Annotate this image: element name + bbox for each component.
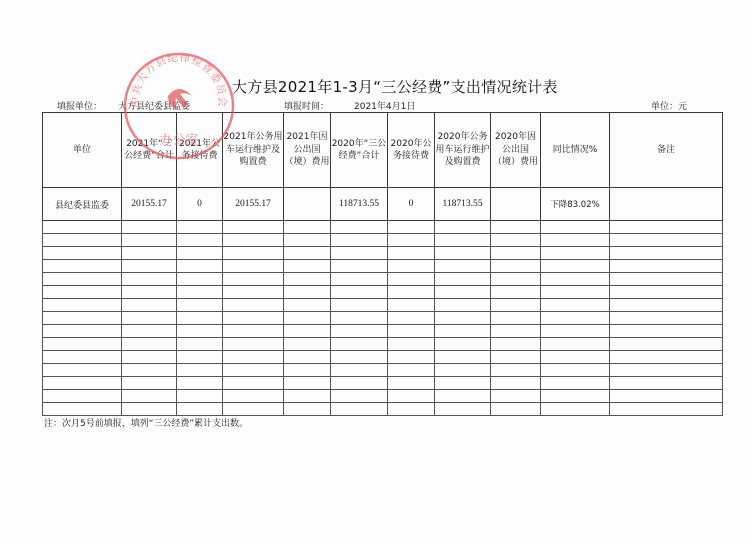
cell-vehicle-2021: 20155.17 <box>223 188 284 221</box>
table-cell-empty <box>541 260 610 273</box>
table-cell-empty <box>122 221 177 234</box>
table-cell-empty <box>388 364 435 377</box>
table-cell-empty <box>223 325 284 338</box>
table-cell-empty <box>435 273 491 286</box>
table-cell-empty <box>388 312 435 325</box>
table-cell-empty <box>284 221 331 234</box>
table-cell-empty <box>43 286 122 299</box>
table-cell-empty <box>122 299 177 312</box>
table-cell-empty <box>43 260 122 273</box>
table-row-empty <box>43 377 723 390</box>
table-cell-empty <box>491 364 541 377</box>
table-cell-empty <box>122 351 177 364</box>
table-cell-empty <box>223 364 284 377</box>
table-cell-empty <box>388 325 435 338</box>
table-cell-empty <box>388 260 435 273</box>
table-row-empty <box>43 351 723 364</box>
table-cell-empty <box>284 286 331 299</box>
table-row-empty <box>43 234 723 247</box>
cell-abroad-2021 <box>284 188 331 221</box>
table-cell-empty <box>388 286 435 299</box>
table-cell-empty <box>223 351 284 364</box>
table-cell-empty <box>223 234 284 247</box>
cell-reception-2021: 0 <box>177 188 223 221</box>
table-cell-empty <box>331 364 388 377</box>
table-cell-empty <box>331 260 388 273</box>
table-cell-empty <box>541 299 610 312</box>
table-cell-empty <box>122 260 177 273</box>
table-cell-empty <box>610 286 723 299</box>
table-cell-empty <box>43 403 122 416</box>
table-cell-empty <box>541 234 610 247</box>
table-cell-empty <box>43 390 122 403</box>
table-cell-empty <box>122 377 177 390</box>
table-cell-empty <box>177 260 223 273</box>
table-cell-empty <box>223 390 284 403</box>
table-cell-empty <box>43 273 122 286</box>
table-row-empty <box>43 338 723 351</box>
header-abroad-2021: 2021年因公出国（境）费用 <box>284 113 331 188</box>
header-total-2020: 2020年“三公经费”合计 <box>331 113 388 188</box>
table-cell-empty <box>177 247 223 260</box>
cell-total-2020: 118713.55 <box>331 188 388 221</box>
reporting-unit-label: 填报单位： <box>57 99 102 112</box>
table-cell-empty <box>331 390 388 403</box>
table-cell-empty <box>284 273 331 286</box>
page-title: 大方县2021年1-3月“三公经费”支出情况统计表 <box>232 76 558 97</box>
table-cell-empty <box>284 299 331 312</box>
table-cell-empty <box>541 221 610 234</box>
header-unit: 单位 <box>43 113 122 188</box>
table-cell-empty <box>435 247 491 260</box>
table-header-row: 单位 2021年“三公经费”合计 2021年公务接待费 2021年公务用车运行维… <box>43 113 723 188</box>
table-row-empty <box>43 221 723 234</box>
table-cell-empty <box>541 338 610 351</box>
table-cell-empty <box>122 364 177 377</box>
table-cell-empty <box>284 403 331 416</box>
table-cell-empty <box>541 312 610 325</box>
table-cell-empty <box>223 403 284 416</box>
table-cell-empty <box>610 312 723 325</box>
table-cell-empty <box>491 247 541 260</box>
table-cell-empty <box>435 390 491 403</box>
table-cell-empty <box>223 338 284 351</box>
table-cell-empty <box>284 351 331 364</box>
table-cell-empty <box>43 247 122 260</box>
table-cell-empty <box>541 247 610 260</box>
table-cell-empty <box>541 351 610 364</box>
table-cell-empty <box>491 325 541 338</box>
table-row-empty <box>43 403 723 416</box>
table-cell-empty <box>177 377 223 390</box>
table-cell-empty <box>435 234 491 247</box>
table-cell-empty <box>177 390 223 403</box>
header-reception-2020: 2020年公务接待费 <box>388 113 435 188</box>
table-cell-empty <box>284 338 331 351</box>
expense-table: 单位 2021年“三公经费”合计 2021年公务接待费 2021年公务用车运行维… <box>42 112 723 416</box>
header-vehicle-2021: 2021年公务用车运行维护及购置费 <box>223 113 284 188</box>
table-cell-empty <box>541 286 610 299</box>
table-cell-empty <box>610 364 723 377</box>
table-cell-empty <box>541 390 610 403</box>
table-cell-empty <box>43 364 122 377</box>
footnote: 注：次月5号前填报，填列“三公经费”累计支出数。 <box>44 416 248 429</box>
table-cell-empty <box>541 403 610 416</box>
table-cell-empty <box>284 325 331 338</box>
table-cell-empty <box>177 286 223 299</box>
table-cell-empty <box>177 351 223 364</box>
table-cell-empty <box>435 338 491 351</box>
table-cell-empty <box>491 221 541 234</box>
table-cell-empty <box>177 403 223 416</box>
table-cell-empty <box>284 260 331 273</box>
table-cell-empty <box>610 325 723 338</box>
table-cell-empty <box>331 221 388 234</box>
table-cell-empty <box>223 299 284 312</box>
table-cell-empty <box>122 247 177 260</box>
table-cell-empty <box>223 377 284 390</box>
table-cell-empty <box>284 312 331 325</box>
cell-yoy: 下降83.02% <box>541 188 610 221</box>
table-cell-empty <box>122 286 177 299</box>
header-yoy: 同比情况% <box>541 113 610 188</box>
table-cell-empty <box>491 260 541 273</box>
table-cell-empty <box>122 403 177 416</box>
table-cell-empty <box>223 260 284 273</box>
reporting-unit-value: 大方县纪委县监委 <box>118 99 190 112</box>
table-cell-empty <box>541 364 610 377</box>
table-row: 县纪委县监委 20155.17 0 20155.17 118713.55 0 1… <box>43 188 723 221</box>
table-cell-empty <box>331 247 388 260</box>
table-cell-empty <box>435 351 491 364</box>
table-cell-empty <box>435 260 491 273</box>
table-cell-empty <box>43 299 122 312</box>
table-cell-empty <box>43 377 122 390</box>
table-cell-empty <box>435 286 491 299</box>
table-cell-empty <box>435 325 491 338</box>
table-cell-empty <box>610 338 723 351</box>
currency-unit: 单位：元 <box>651 99 687 112</box>
table-cell-empty <box>388 390 435 403</box>
table-cell-empty <box>388 273 435 286</box>
header-total-2021: 2021年“三公经费”合计 <box>122 113 177 188</box>
table-cell-empty <box>435 403 491 416</box>
header-remarks: 备注 <box>610 113 723 188</box>
table-cell-empty <box>610 377 723 390</box>
table-cell-empty <box>122 390 177 403</box>
table-row-empty <box>43 312 723 325</box>
table-cell-empty <box>491 234 541 247</box>
table-cell-empty <box>541 325 610 338</box>
table-cell-empty <box>610 260 723 273</box>
table-cell-empty <box>177 221 223 234</box>
table-cell-empty <box>177 299 223 312</box>
table-cell-empty <box>491 351 541 364</box>
table-cell-empty <box>43 234 122 247</box>
cell-total-2021: 20155.17 <box>122 188 177 221</box>
table-row-empty <box>43 247 723 260</box>
table-cell-empty <box>331 351 388 364</box>
table-cell-empty <box>331 273 388 286</box>
table-cell-empty <box>331 338 388 351</box>
table-cell-empty <box>177 338 223 351</box>
table-cell-empty <box>491 312 541 325</box>
table-cell-empty <box>43 312 122 325</box>
table-cell-empty <box>610 247 723 260</box>
header-abroad-2020: 2020年因公出国（境）费用 <box>491 113 541 188</box>
table-cell-empty <box>122 325 177 338</box>
table-row-empty <box>43 364 723 377</box>
table-cell-empty <box>388 247 435 260</box>
table-cell-empty <box>435 377 491 390</box>
table-cell-empty <box>177 234 223 247</box>
table-cell-empty <box>223 312 284 325</box>
table-cell-empty <box>284 390 331 403</box>
cell-abroad-2020 <box>491 188 541 221</box>
table-cell-empty <box>610 221 723 234</box>
table-row-empty <box>43 390 723 403</box>
table-cell-empty <box>610 299 723 312</box>
table-cell-empty <box>610 351 723 364</box>
table-cell-empty <box>610 273 723 286</box>
cell-remarks <box>610 188 723 221</box>
table-cell-empty <box>177 325 223 338</box>
table-cell-empty <box>491 338 541 351</box>
table-cell-empty <box>331 377 388 390</box>
table-cell-empty <box>388 377 435 390</box>
table-cell-empty <box>491 299 541 312</box>
header-reception-2021: 2021年公务接待费 <box>177 113 223 188</box>
table-cell-empty <box>177 364 223 377</box>
table-cell-empty <box>610 403 723 416</box>
table-cell-empty <box>177 273 223 286</box>
table-cell-empty <box>331 325 388 338</box>
table-cell-empty <box>43 338 122 351</box>
reporting-time-label: 填报时间： <box>284 99 329 112</box>
table-cell-empty <box>284 364 331 377</box>
table-cell-empty <box>122 312 177 325</box>
table-cell-empty <box>223 247 284 260</box>
table-cell-empty <box>491 377 541 390</box>
table-cell-empty <box>284 377 331 390</box>
table-cell-empty <box>491 286 541 299</box>
table-cell-empty <box>610 390 723 403</box>
table-cell-empty <box>388 403 435 416</box>
cell-unit: 县纪委县监委 <box>43 188 122 221</box>
table-row-empty <box>43 260 723 273</box>
table-cell-empty <box>43 351 122 364</box>
table-cell-empty <box>491 273 541 286</box>
table-cell-empty <box>491 390 541 403</box>
table-cell-empty <box>284 234 331 247</box>
table-row-empty <box>43 299 723 312</box>
table-cell-empty <box>435 364 491 377</box>
table-cell-empty <box>122 338 177 351</box>
table-cell-empty <box>331 403 388 416</box>
table-cell-empty <box>541 377 610 390</box>
table-row-empty <box>43 273 723 286</box>
table-cell-empty <box>43 221 122 234</box>
table-cell-empty <box>435 299 491 312</box>
table-cell-empty <box>284 247 331 260</box>
table-cell-empty <box>541 273 610 286</box>
cell-vehicle-2020: 118713.55 <box>435 188 491 221</box>
table-cell-empty <box>388 221 435 234</box>
table-cell-empty <box>122 273 177 286</box>
table-cell-empty <box>491 403 541 416</box>
table-cell-empty <box>223 221 284 234</box>
table-cell-empty <box>331 286 388 299</box>
table-row-empty <box>43 286 723 299</box>
table-cell-empty <box>435 221 491 234</box>
table-cell-empty <box>331 312 388 325</box>
table-cell-empty <box>435 312 491 325</box>
header-vehicle-2020: 2020年公务用车运行维护及购置费 <box>435 113 491 188</box>
table-cell-empty <box>388 338 435 351</box>
reporting-time-value: 2021年4月1日 <box>354 99 415 112</box>
table-cell-empty <box>177 312 223 325</box>
table-cell-empty <box>43 325 122 338</box>
table-row-empty <box>43 325 723 338</box>
table-cell-empty <box>610 234 723 247</box>
table-cell-empty <box>388 299 435 312</box>
table-cell-empty <box>122 234 177 247</box>
table-cell-empty <box>388 351 435 364</box>
table-cell-empty <box>223 286 284 299</box>
cell-reception-2020: 0 <box>388 188 435 221</box>
table-cell-empty <box>331 234 388 247</box>
table-cell-empty <box>331 299 388 312</box>
table-cell-empty <box>388 234 435 247</box>
table-cell-empty <box>223 273 284 286</box>
